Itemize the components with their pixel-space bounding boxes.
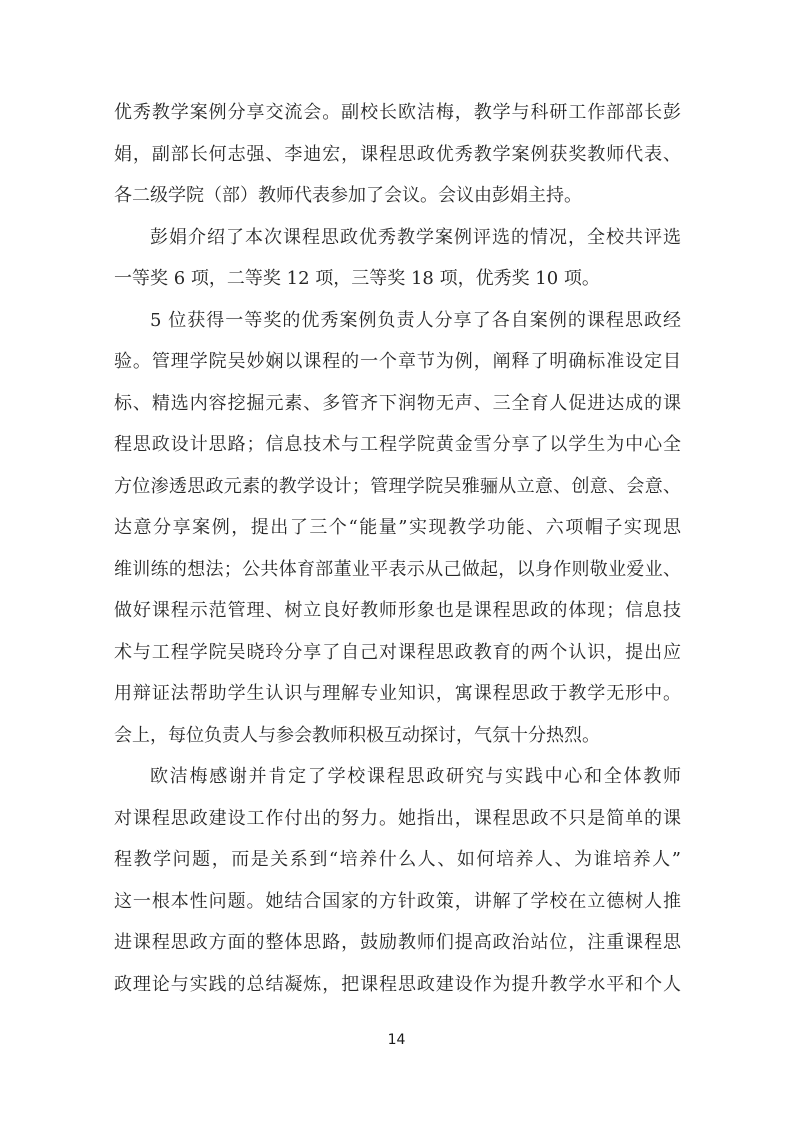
text-line: 做好课程示范管理、树立良好教师形象也是课程思政的体现；信息技 [114, 590, 681, 632]
paragraph: 彭娟介绍了本次课程思政优秀教学案例评选的情况，全校共评选一等奖 6 项，二等奖 … [114, 217, 681, 300]
text-line: 彭娟介绍了本次课程思政优秀教学案例评选的情况，全校共评选 [114, 217, 681, 259]
document-body: 优秀教学案例分享交流会。副校长欧洁梅，教学与科研工作部部长彭娟，副部长何志强、李… [114, 92, 681, 1005]
document-page: 优秀教学案例分享交流会。副校长欧洁梅，教学与科研工作部部长彭娟，副部长何志强、李… [0, 0, 793, 1122]
page-number: 14 [0, 1030, 793, 1050]
paragraph: 欧洁梅感谢并肯定了学校课程思政研究与实践中心和全体教师对课程思政建设工作付出的努… [114, 756, 681, 1005]
text-line: 娟，副部长何志强、李迪宏，课程思政优秀教学案例获奖教师代表、 [114, 134, 681, 176]
text-line: 会上，每位负责人与参会教师积极互动探讨，气氛十分热烈。 [114, 715, 681, 757]
text-line: 验。管理学院吴妙娴以课程的一个章节为例，阐释了明确标准设定目 [114, 341, 681, 383]
text-line: 一等奖 6 项，二等奖 12 项，三等奖 18 项，优秀奖 10 项。 [114, 258, 681, 300]
paragraph: 优秀教学案例分享交流会。副校长欧洁梅，教学与科研工作部部长彭娟，副部长何志强、李… [114, 92, 681, 217]
text-line: 5 位获得一等奖的优秀案例负责人分享了各自案例的课程思政经 [114, 300, 681, 342]
text-line: 优秀教学案例分享交流会。副校长欧洁梅，教学与科研工作部部长彭 [114, 92, 681, 134]
text-line: 进课程思政方面的整体思路，鼓励教师们提高政治站位，注重课程思 [114, 922, 681, 964]
text-line: 用辩证法帮助学生认识与理解专业知识，寓课程思政于教学无形中。 [114, 673, 681, 715]
text-line: 政理论与实践的总结凝炼，把课程思政建设作为提升教学水平和个人 [114, 964, 681, 1006]
text-line: 对课程思政建设工作付出的努力。她指出，课程思政不只是简单的课 [114, 798, 681, 840]
text-line: 达意分享案例，提出了三个“能量”实现教学功能、六项帽子实现思 [114, 507, 681, 549]
text-line: 各二级学院（部）教师代表参加了会议。会议由彭娟主持。 [114, 175, 681, 217]
text-line: 维训练的想法；公共体育部董业平表示从己做起，以身作则敬业爱业、 [114, 549, 681, 591]
text-line: 术与工程学院吴晓玲分享了自己对课程思政教育的两个认识，提出应 [114, 632, 681, 674]
paragraph: 5 位获得一等奖的优秀案例负责人分享了各自案例的课程思政经验。管理学院吴妙娴以课… [114, 300, 681, 757]
text-line: 这一根本性问题。她结合国家的方针政策，讲解了学校在立德树人推 [114, 881, 681, 923]
text-line: 方位渗透思政元素的教学设计；管理学院吴雅骊从立意、创意、会意、 [114, 466, 681, 508]
text-line: 程教学问题，而是关系到“培养什么人、如何培养人、为谁培养人” [114, 839, 681, 881]
text-line: 欧洁梅感谢并肯定了学校课程思政研究与实践中心和全体教师 [114, 756, 681, 798]
text-line: 程思政设计思路；信息技术与工程学院黄金雪分享了以学生为中心全 [114, 424, 681, 466]
text-line: 标、精选内容挖掘元素、多管齐下润物无声、三全育人促进达成的课 [114, 383, 681, 425]
